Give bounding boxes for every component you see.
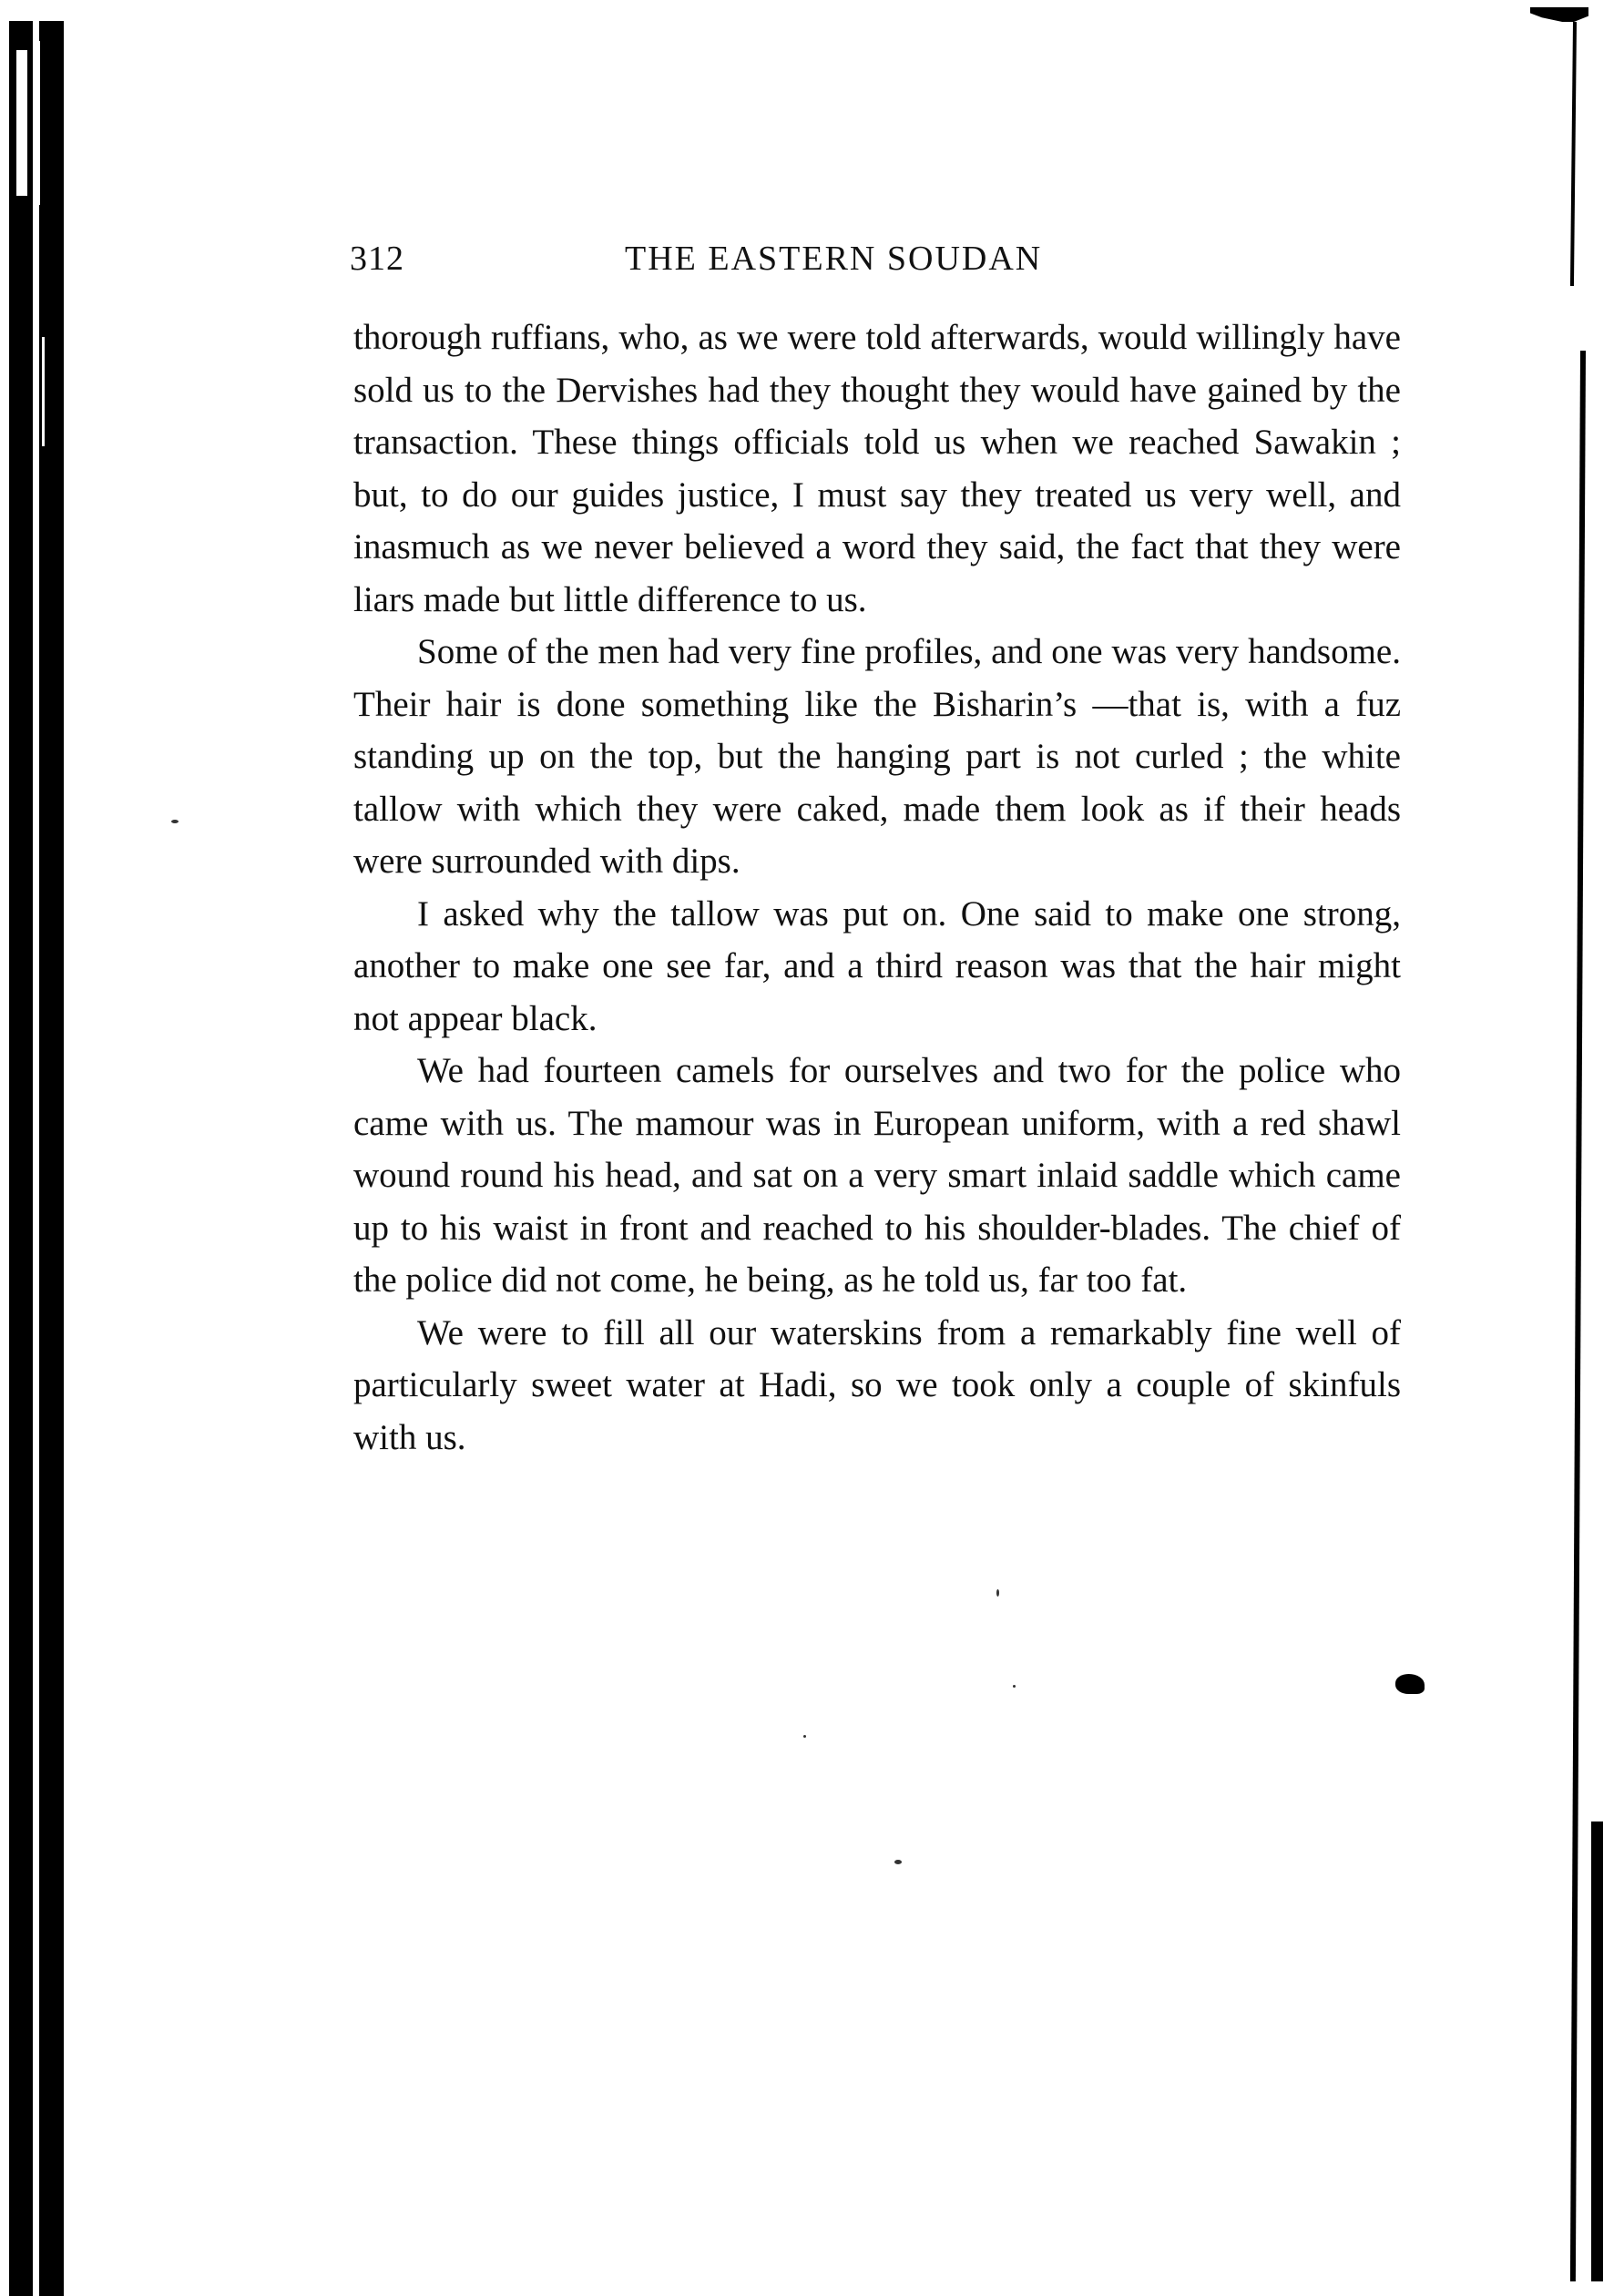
- paragraph-4: We had fourteen camels for ourselves and…: [353, 1045, 1401, 1307]
- paragraph-2: Some of the men had very fine profiles, …: [353, 626, 1401, 888]
- dust-speck: [996, 1589, 999, 1597]
- scan-edge-right-line: [1570, 22, 1577, 286]
- ink-blot: [1395, 1674, 1425, 1694]
- paragraph-1: thorough ruffians, who, as we were told …: [353, 311, 1401, 626]
- dust-speck: [803, 1735, 806, 1738]
- paragraph-3: I asked why the tallow was put on. One s…: [353, 888, 1401, 1046]
- scan-edge-highlight: [36, 41, 40, 205]
- page-number: 312: [350, 239, 404, 279]
- scan-binding-edge-left: [9, 21, 33, 2296]
- body-text: thorough ruffians, who, as we were told …: [353, 311, 1401, 1464]
- dust-speck: [894, 1860, 902, 1864]
- dust-speck: [1013, 1685, 1016, 1688]
- running-title: THE EASTERN SOUDAN: [625, 239, 1042, 279]
- dust-speck: [171, 820, 179, 823]
- scan-edge-highlight: [42, 337, 45, 446]
- paragraph-5: We were to fill all our waterskins from …: [353, 1307, 1401, 1464]
- scan-edge-highlight: [16, 50, 27, 196]
- scan-edge-right-top: [1530, 7, 1588, 22]
- scan-edge-right-line: [1570, 351, 1586, 2281]
- scan-edge-right-line: [1591, 1821, 1603, 2281]
- page-header: 312 THE EASTERN SOUDAN: [350, 239, 1261, 279]
